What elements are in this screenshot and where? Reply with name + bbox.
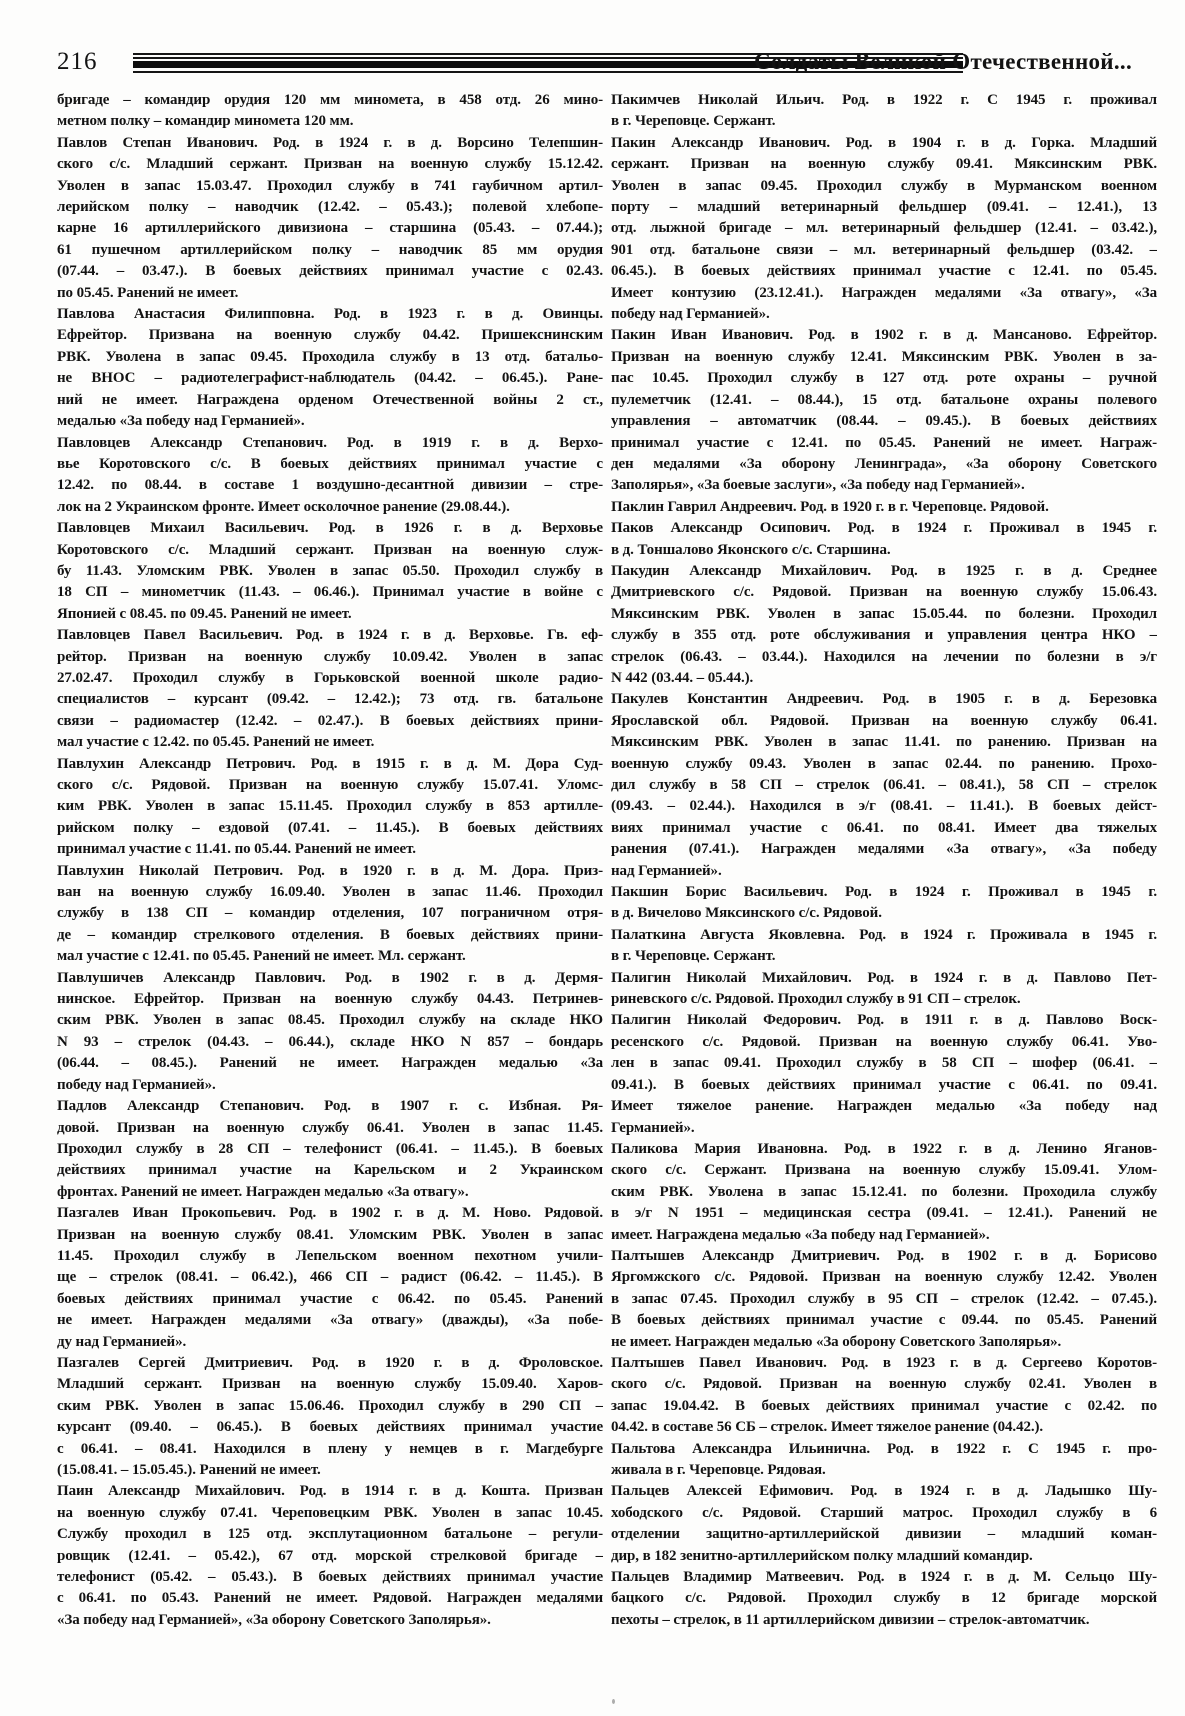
entry-line: управления – автоматчик (08.44. – 09.45.… bbox=[611, 411, 1157, 432]
entry-line: бацкого с/с. Рядовой. Проходил службу в … bbox=[611, 1588, 1157, 1609]
entry-line: Заполярья», «За боевые заслуги», «За поб… bbox=[611, 475, 1157, 496]
entry-line: вье Коротовского с/с. В боевых действиях… bbox=[57, 454, 603, 475]
entry-line: ким РВК. Уволен в запас 15.11.45. Проход… bbox=[57, 796, 603, 817]
left-column: бригаде – командир орудия 120 мм миномет… bbox=[57, 90, 603, 1631]
entry-line: связи – радиомастер (12.42. – 02.47.). В… bbox=[57, 711, 603, 732]
entry-line: Ефрейтор. Призвана на военную службу 04.… bbox=[57, 325, 603, 346]
entry-line: дил службу в 58 СП – стрелок (06.41. – 0… bbox=[611, 775, 1157, 796]
entry-line: метном полку – командир миномета 120 мм. bbox=[57, 111, 603, 132]
entry-line: живала в г. Череповце. Рядовая. bbox=[611, 1460, 1157, 1481]
entry-line: де – командир стрелкового отделения. В б… bbox=[57, 925, 603, 946]
entry-line: действиях принимал участие на Карельском… bbox=[57, 1160, 603, 1181]
entry-line: победу над Германией». bbox=[611, 304, 1157, 325]
entry-line: над Германией». bbox=[611, 861, 1157, 882]
entry-line: Палтышев Павел Иванович. Род. в 1923 г. … bbox=[611, 1353, 1157, 1374]
entry-line: ского с/с. Младший сержант. Призван на в… bbox=[57, 154, 603, 175]
right-column: Пакимчев Николай Ильич. Род. в 1922 г. С… bbox=[611, 90, 1157, 1631]
entry-line: 11.45. Проходил службу в Лепельском воен… bbox=[57, 1246, 603, 1267]
entry-line: пас 10.45. Проходил службу в 127 отд. ро… bbox=[611, 368, 1157, 389]
entry-line: Пакулев Константин Андреевич. Род. в 190… bbox=[611, 689, 1157, 710]
entry-line: ранения (07.41.). Награжден медалями «За… bbox=[611, 839, 1157, 860]
entry-line: Паклин Гаврил Андреевич. Род. в 1920 г. … bbox=[611, 497, 1157, 518]
entry-line: Палигин Николай Федорович. Род. в 1911 г… bbox=[611, 1010, 1157, 1031]
entry-line: 27.02.47. Проходил службу в Горьковской … bbox=[57, 668, 603, 689]
entry-line: ресенского с/с. Рядовой. Призван на воен… bbox=[611, 1032, 1157, 1053]
entry-line: пулеметчик (12.41. – 08.44.), 15 отд. ба… bbox=[611, 390, 1157, 411]
entry-line: курсант (09.40. – 06.45.). В боевых дейс… bbox=[57, 1417, 603, 1438]
entry-line: не ВНОС – радиотелеграфист-наблюдатель (… bbox=[57, 368, 603, 389]
entry-line: отделении защитно-артиллерийской дивизии… bbox=[611, 1524, 1157, 1545]
entry-line: фронтах. Ранений не имеет. Награжден мед… bbox=[57, 1182, 603, 1203]
entry-line: Павловцев Павел Васильевич. Род. в 1924 … bbox=[57, 625, 603, 646]
entry-line: ского с/с. Рядовой. Призван на военную с… bbox=[611, 1374, 1157, 1395]
entry-line: Проходил службу в 28 СП – телефонист (06… bbox=[57, 1139, 603, 1160]
entry-line: Палаткина Августа Яковлевна. Род. в 1924… bbox=[611, 925, 1157, 946]
entry-line: ний не имеет. Награждена орденом Отечест… bbox=[57, 390, 603, 411]
entry-line: Мяксинским РВК. Уволен в запас 11.41. по… bbox=[611, 732, 1157, 753]
entry-line: военную службу 09.43. Уволен в запас 02.… bbox=[611, 754, 1157, 775]
entry-line: стрелок (06.43. – 03.44.). Находился на … bbox=[611, 647, 1157, 668]
entry-line: Пазгалев Сергей Дмитриевич. Род. в 1920 … bbox=[57, 1353, 603, 1374]
entry-line: лок на 2 Украинском фронте. Имеет осколо… bbox=[57, 497, 603, 518]
entry-line: Пакин Александр Иванович. Род. в 1904 г.… bbox=[611, 133, 1157, 154]
entry-line: Павлухин Николай Петрович. Род. в 1920 г… bbox=[57, 861, 603, 882]
entry-line: принимал участие с 12.41. по 05.45. Ране… bbox=[611, 433, 1157, 454]
entry-line: N 442 (03.44. – 05.44.). bbox=[611, 668, 1157, 689]
entry-line: Дмитриевского с/с. Рядовой. Призван на в… bbox=[611, 582, 1157, 603]
entry-line: 04.42. в составе 56 СБ – стрелок. Имеет … bbox=[611, 1417, 1157, 1438]
entry-line: Павловцев Михаил Васильевич. Род. в 1926… bbox=[57, 518, 603, 539]
entry-line: рейтор. Призван на военную службу 10.09.… bbox=[57, 647, 603, 668]
entry-line: ван на военную службу 16.09.40. Уволен в… bbox=[57, 882, 603, 903]
entry-line: специалистов – курсант (09.42. – 12.42.)… bbox=[57, 689, 603, 710]
entry-line: Пазгалев Иван Прокопьевич. Род. в 1902 г… bbox=[57, 1203, 603, 1224]
entry-line: ским РВК. Уволена в запас 15.12.41. по б… bbox=[611, 1182, 1157, 1203]
entry-line: Германией». bbox=[611, 1118, 1157, 1139]
entry-line: 09.41.). В боевых действиях принимал уча… bbox=[611, 1075, 1157, 1096]
entry-line: РВК. Уволена в запас 09.45. Проходила сл… bbox=[57, 347, 603, 368]
entry-line: Пальцев Алексей Ефимович. Род. в 1924 г.… bbox=[611, 1481, 1157, 1502]
entry-line: (15.08.41. – 15.05.45.). Ранений не имее… bbox=[57, 1460, 603, 1481]
entry-line: ским РВК. Уволен в запас 15.06.46. Прохо… bbox=[57, 1396, 603, 1417]
entry-line: в г. Череповце. Сержант. bbox=[611, 946, 1157, 967]
entry-line: N 93 – стрелок (04.43. – 06.44.), складе… bbox=[57, 1032, 603, 1053]
entry-line: Имеет контузию (23.12.41.). Награжден ме… bbox=[611, 283, 1157, 304]
entry-line: с 06.41. – 08.41. Находился в плену у не… bbox=[57, 1439, 603, 1460]
entry-line: Палигин Николай Михайлович. Род. в 1924 … bbox=[611, 968, 1157, 989]
entry-line: Павлухин Александр Петрович. Род. в 1915… bbox=[57, 754, 603, 775]
entry-line: бригаде – командир орудия 120 мм миномет… bbox=[57, 90, 603, 111]
entry-line: службу в 138 СП – командир отделения, 10… bbox=[57, 903, 603, 924]
entry-line: (06.44. – 08.45.). Ранений не имеет. Наг… bbox=[57, 1053, 603, 1074]
entry-line: Службу проходил в 125 отд. эксплутационн… bbox=[57, 1524, 603, 1545]
entry-line: «За победу над Германией», «За оборону С… bbox=[57, 1610, 603, 1631]
entry-line: Павловцев Александр Степанович. Род. в 1… bbox=[57, 433, 603, 454]
page-number: 216 bbox=[57, 48, 98, 76]
entry-line: В боевых действиях принимал участие с 09… bbox=[611, 1310, 1157, 1331]
entry-line: Павлушичев Александр Павлович. Род. в 19… bbox=[57, 968, 603, 989]
entry-line: по 05.45. Ранений не имеет. bbox=[57, 283, 603, 304]
entry-line: Японией с 08.45. по 09.45. Ранений не им… bbox=[57, 604, 603, 625]
entry-line: Коротовского с/с. Младший сержант. Призв… bbox=[57, 540, 603, 561]
entry-line: мал участие с 12.42. по 05.45. Ранений н… bbox=[57, 732, 603, 753]
entry-line: Пакудин Александр Михайлович. Род. в 192… bbox=[611, 561, 1157, 582]
entry-line: рийском полку – ездовой (07.41. – 11.45.… bbox=[57, 818, 603, 839]
entry-line: Призван на военную службу 12.41. Мяксинс… bbox=[611, 347, 1157, 368]
entry-line: порту – младший ветеринарный фельдшер (0… bbox=[611, 197, 1157, 218]
entry-line: Паков Александр Осипович. Род. в 1924 г.… bbox=[611, 518, 1157, 539]
entry-line: ден медалями «За оборону Ленинграда», «З… bbox=[611, 454, 1157, 475]
entry-line: мал участие с 12.41. по 05.45. Ранений н… bbox=[57, 946, 603, 967]
entry-line: ским РВК. Уволен в запас 08.45. Проходил… bbox=[57, 1010, 603, 1031]
entry-line: дир, в 182 зенитно-артиллерийском полку … bbox=[611, 1546, 1157, 1567]
entry-line: пехоты – стрелок, в 11 артиллерийском ди… bbox=[611, 1610, 1157, 1631]
entry-line: ще – стрелок (08.41. – 06.42.), 466 СП –… bbox=[57, 1267, 603, 1288]
entry-line: Призван на военную службу 08.41. Уломски… bbox=[57, 1225, 603, 1246]
entry-line: Младший сержант. Призван на военную служ… bbox=[57, 1374, 603, 1395]
entry-line: риневского с/с. Рядовой. Проходил службу… bbox=[611, 989, 1157, 1010]
entry-line: Ярославской обл. Рядовой. Призван на вое… bbox=[611, 711, 1157, 732]
entry-line: лерийском полку – наводчик (12.42. – 05.… bbox=[57, 197, 603, 218]
running-title: Солдаты Великой Отечественной... bbox=[754, 49, 1132, 75]
scan-artifact bbox=[612, 1699, 615, 1704]
entry-line: довой. Призван на военную службу 06.41. … bbox=[57, 1118, 603, 1139]
entry-line: Паликова Мария Ивановна. Род. в 1922 г. … bbox=[611, 1139, 1157, 1160]
entry-line: Имеет тяжелое ранение. Награжден медалью… bbox=[611, 1096, 1157, 1117]
entry-line: 61 пушечном артиллерийском полку – навод… bbox=[57, 240, 603, 261]
entry-line: Пакшин Борис Васильевич. Род. в 1924 г. … bbox=[611, 882, 1157, 903]
entry-line: 06.45.). В боевых действиях принимал уча… bbox=[611, 261, 1157, 282]
entry-line: ского с/с. Сержант. Призвана на военную … bbox=[611, 1160, 1157, 1181]
entry-line: 12.42. по 08.44. в составе 1 воздушно-де… bbox=[57, 475, 603, 496]
entry-line: не имеет. Награжден медалями «За отвагу»… bbox=[57, 1310, 603, 1331]
entry-line: виях принимал участие с 06.41. по 08.41.… bbox=[611, 818, 1157, 839]
entry-line: не имеет. Награжден медалью «За оборону … bbox=[611, 1332, 1157, 1353]
entry-line: запас 19.04.42. В боевых действиях прини… bbox=[611, 1396, 1157, 1417]
entry-line: Мяксинским РВК. Уволен в запас 15.05.44.… bbox=[611, 604, 1157, 625]
entry-line: карне 16 артиллерийского дивизиона – ста… bbox=[57, 218, 603, 239]
entry-line: службу в 355 отд. роте обслуживания и уп… bbox=[611, 625, 1157, 646]
entry-line: бу 11.43. Уломским РВК. Уволен в запас 0… bbox=[57, 561, 603, 582]
entry-line: (09.43. – 02.44.). Находился в э/г (08.4… bbox=[611, 796, 1157, 817]
entry-line: победу над Германией». bbox=[57, 1075, 603, 1096]
entry-line: Павлова Анастасия Филипповна. Род. в 192… bbox=[57, 304, 603, 325]
entry-line: телефонист (05.42. – 05.43.). В боевых д… bbox=[57, 1567, 603, 1588]
entry-line: в запас 07.45. Проходил службу в 95 СП –… bbox=[611, 1289, 1157, 1310]
entry-line: ского с/с. Рядовой. Призван на военную с… bbox=[57, 775, 603, 796]
entry-line: нинское. Ефрейтор. Призван на военную сл… bbox=[57, 989, 603, 1010]
entry-line: отд. лыжной бригаде – мл. ветеринарный ф… bbox=[611, 218, 1157, 239]
entry-line: в д. Тоншалово Яконского с/с. Старшина. bbox=[611, 540, 1157, 561]
entry-line: сержант. Призван на военную службу 09.41… bbox=[611, 154, 1157, 175]
entry-line: Яргомжского с/с. Рядовой. Призван на вое… bbox=[611, 1267, 1157, 1288]
entry-line: Пальцев Владимир Матвеевич. Род. в 1924 … bbox=[611, 1567, 1157, 1588]
entry-line: Уволен в запас 09.45. Проходил службу в … bbox=[611, 176, 1157, 197]
entry-line: ду над Германией». bbox=[57, 1332, 603, 1353]
entry-line: принимал участие с 11.41. по 05.44. Ране… bbox=[57, 839, 603, 860]
entry-line: ровщик (12.41. – 05.42.), 67 отд. морско… bbox=[57, 1546, 603, 1567]
entry-line: в э/г N 1951 – медицинская сестра (09.41… bbox=[611, 1203, 1157, 1224]
entry-line: Паин Александр Михайлович. Род. в 1914 г… bbox=[57, 1481, 603, 1502]
book-page: 216 Солдаты Великой Отечественной... бри… bbox=[0, 0, 1185, 1716]
entry-line: Пакимчев Николай Ильич. Род. в 1922 г. С… bbox=[611, 90, 1157, 111]
entry-line: Павлов Степан Иванович. Род. в 1924 г. в… bbox=[57, 133, 603, 154]
entry-line: (07.44. – 03.47.). В боевых действиях пр… bbox=[57, 261, 603, 282]
entry-line: Уволен в запас 15.03.47. Проходил службу… bbox=[57, 176, 603, 197]
entry-line: на военную службу 07.41. Череповецким РВ… bbox=[57, 1503, 603, 1524]
entry-line: лен в запас 09.41. Проходил службу в 58 … bbox=[611, 1053, 1157, 1074]
entry-line: медалью «За победу над Германией». bbox=[57, 411, 603, 432]
entry-line: 901 отд. батальоне связи – мл. ветеринар… bbox=[611, 240, 1157, 261]
entry-line: Пальтова Александра Ильинична. Род. в 19… bbox=[611, 1439, 1157, 1460]
entry-line: Падлов Александр Степанович. Род. в 1907… bbox=[57, 1096, 603, 1117]
entry-line: имеет. Награждена медалью «За победу над… bbox=[611, 1225, 1157, 1246]
entry-line: с 06.41. по 05.43. Ранений не имеет. Ряд… bbox=[57, 1588, 603, 1609]
entry-line: в д. Вичелово Мяксинского с/с. Рядовой. bbox=[611, 903, 1157, 924]
entry-line: Палтышев Александр Дмитриевич. Род. в 19… bbox=[611, 1246, 1157, 1267]
entry-line: 18 СП – минометчик (11.43. – 06.46.). Пр… bbox=[57, 582, 603, 603]
entry-line: в г. Череповце. Сержант. bbox=[611, 111, 1157, 132]
entry-line: Пакин Иван Иванович. Род. в 1902 г. в д.… bbox=[611, 325, 1157, 346]
entry-line: боевых действиях принимал участие с 06.4… bbox=[57, 1289, 603, 1310]
entry-line: хободского с/с. Рядовой. Старший матрос.… bbox=[611, 1503, 1157, 1524]
